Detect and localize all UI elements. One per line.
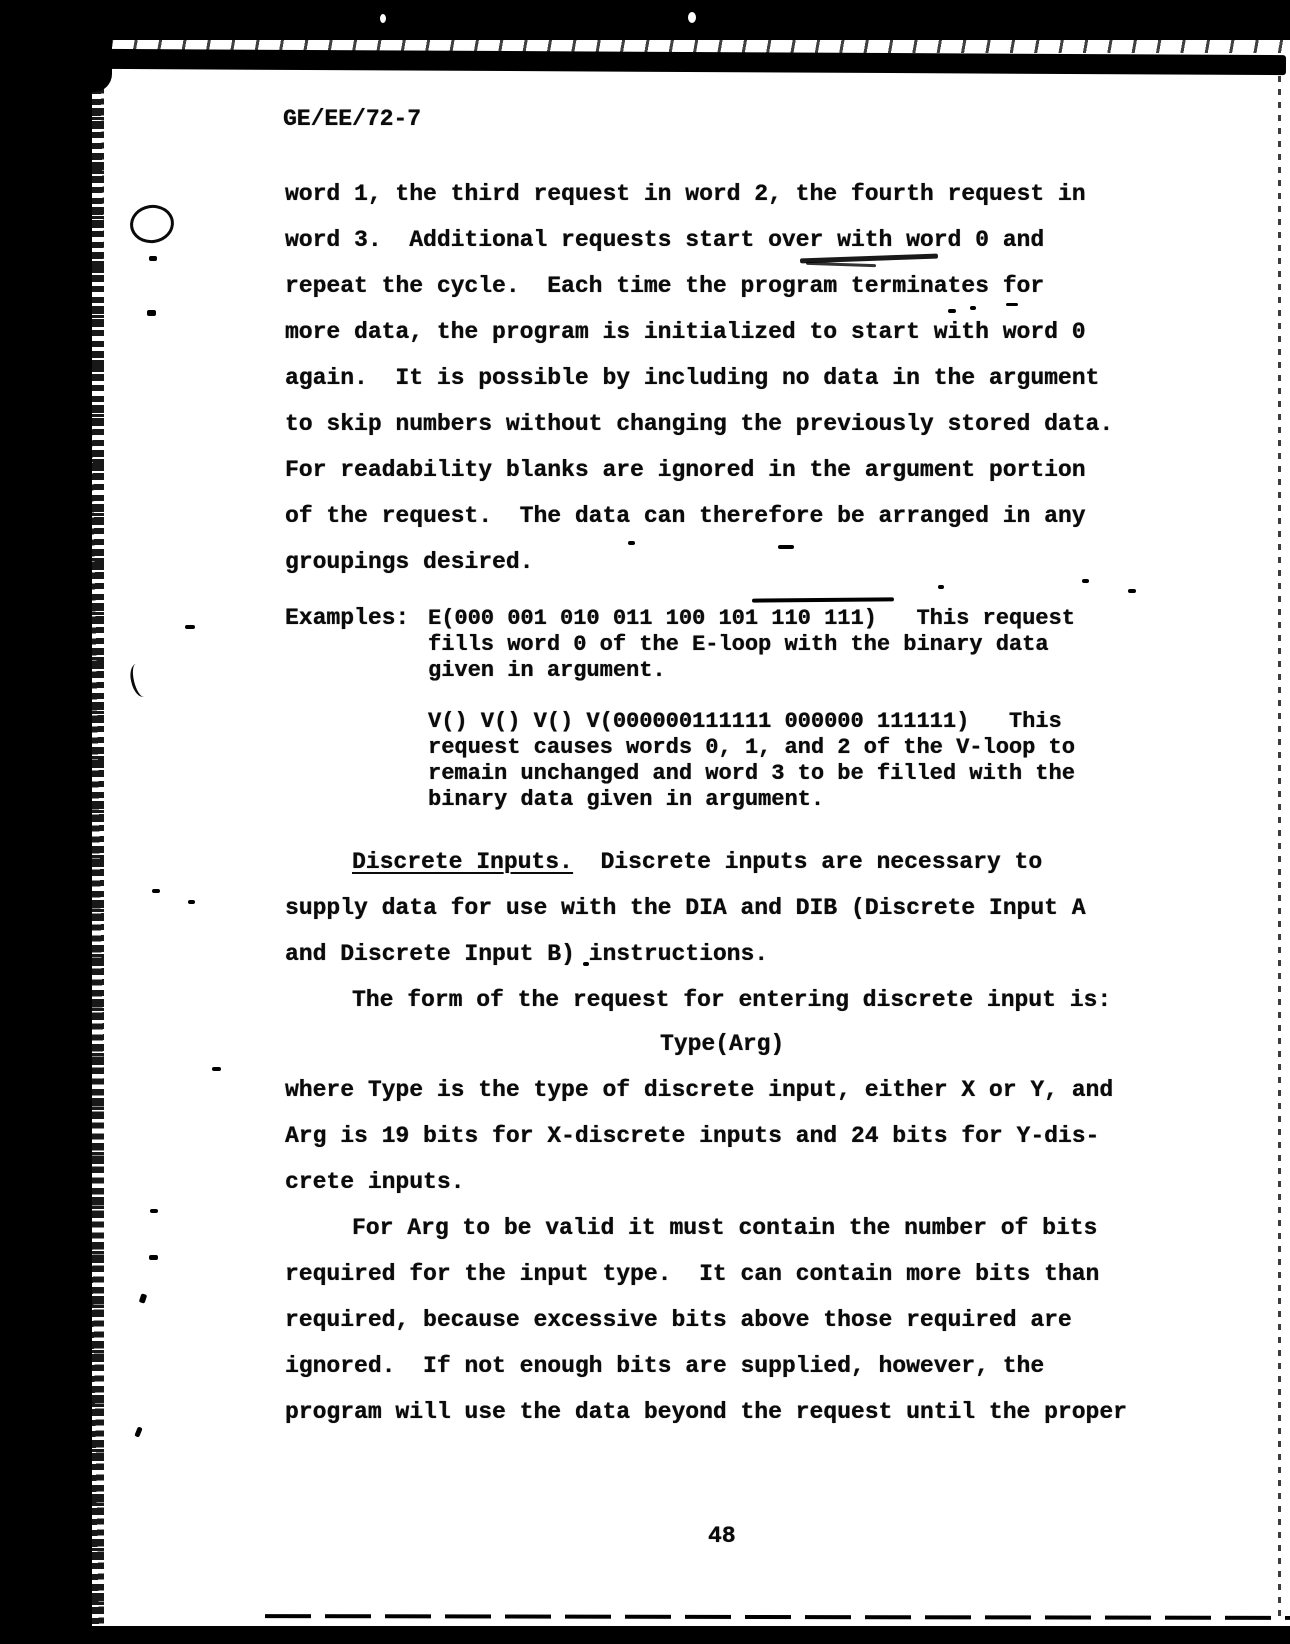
body-line: ignored. If not enough bits are supplied… xyxy=(285,1354,1044,1379)
body-line: crete inputs. xyxy=(285,1170,464,1195)
margin-speck xyxy=(134,1426,142,1437)
scan-smudge xyxy=(778,545,794,549)
body-line: program will use the data beyond the req… xyxy=(285,1400,1127,1425)
example-line: given in argument. xyxy=(428,659,666,683)
margin-circle-mark xyxy=(128,202,177,246)
inline-formula: Type(Arg) xyxy=(660,1032,784,1057)
scan-smudge xyxy=(1128,589,1136,593)
document-page: GE/EE/72-7 word 1, the third request in … xyxy=(0,0,1290,1644)
margin-speck xyxy=(147,310,156,316)
bottom-scan-smear xyxy=(265,1614,1290,1620)
scan-smudge xyxy=(806,262,876,267)
scan-smudge xyxy=(1082,579,1089,583)
film-speck xyxy=(688,12,696,23)
torn-edge-texture xyxy=(92,0,104,1644)
scan-smudge xyxy=(628,541,635,545)
body-line: where Type is the type of discrete input… xyxy=(285,1078,1113,1103)
body-line: repeat the cycle. Each time the program … xyxy=(285,274,1044,299)
body-line: groupings desired. xyxy=(285,550,533,575)
margin-speck xyxy=(212,1067,221,1071)
body-line: of the request. The data can therefore b… xyxy=(285,504,1086,529)
margin-paren-mark xyxy=(127,661,156,699)
top-film-edge xyxy=(0,0,1290,40)
margin-speck xyxy=(188,900,195,904)
body-line: The form of the request for entering dis… xyxy=(352,988,1111,1013)
margin-speck xyxy=(150,1209,158,1213)
body-line: more data, the program is initialized to… xyxy=(285,320,1086,345)
examples-label: Examples: xyxy=(285,606,409,631)
example-line: request causes words 0, 1, and 2 of the … xyxy=(428,736,1075,760)
body-line: and Discrete Input B) instructions. xyxy=(285,942,768,967)
body-line: required for the input type. It can cont… xyxy=(285,1262,1099,1287)
scan-smudge xyxy=(948,309,956,313)
body-line: word 3. Additional requests start over w… xyxy=(285,228,1044,253)
body-line: Arg is 19 bits for X-discrete inputs and… xyxy=(285,1124,1099,1149)
section-heading-rest: Discrete inputs are necessary to xyxy=(573,849,1042,875)
bottom-film-edge xyxy=(0,1626,1290,1644)
body-line: to skip numbers without changing the pre… xyxy=(285,412,1113,437)
scan-smudge xyxy=(1006,303,1018,306)
margin-speck xyxy=(152,889,160,893)
body-line: word 1, the third request in word 2, the… xyxy=(285,182,1086,207)
example-line: V() V() V() V(000000111111 000000 111111… xyxy=(428,710,1062,734)
section-heading-line: Discrete Inputs. Discrete inputs are nec… xyxy=(352,850,1042,875)
margin-speck xyxy=(149,256,157,261)
film-edge-dashed-line xyxy=(1278,76,1281,1620)
body-line: required, because excessive bits above t… xyxy=(285,1308,1072,1333)
film-speck xyxy=(380,14,386,23)
scan-smudge xyxy=(970,306,976,310)
margin-speck xyxy=(139,1293,147,1303)
margin-speck xyxy=(185,625,195,629)
example-line: E(000 001 010 011 100 101 110 111) This … xyxy=(428,607,1075,631)
page-number: 48 xyxy=(708,1524,736,1549)
section-heading: Discrete Inputs. xyxy=(352,849,573,875)
example-line: remain unchanged and word 3 to be filled… xyxy=(428,762,1075,786)
example-line: fills word 0 of the E-loop with the bina… xyxy=(428,633,1049,657)
body-line: supply data for use with the DIA and DIB… xyxy=(285,896,1086,921)
example-line: binary data given in argument. xyxy=(428,788,824,812)
report-number: GE/EE/72-7 xyxy=(283,107,421,132)
margin-speck xyxy=(149,1255,158,1260)
body-line: For readability blanks are ignored in th… xyxy=(285,458,1086,483)
scan-overline xyxy=(752,597,894,602)
scan-smudge xyxy=(938,585,944,589)
body-line: For Arg to be valid it must contain the … xyxy=(352,1216,1097,1241)
body-line: again. It is possible by including no da… xyxy=(285,366,1099,391)
left-film-edge xyxy=(0,0,92,1644)
